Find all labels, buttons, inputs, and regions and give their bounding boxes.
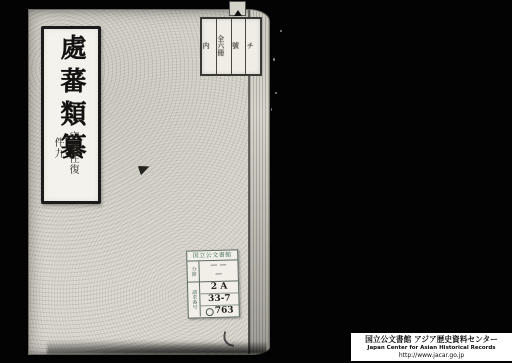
side-label-bottom: 請求番号 (188, 282, 200, 316)
title-slip: 處蕃類纂 官署往復 件九 (41, 26, 101, 204)
classification-column: 内 (202, 19, 217, 74)
book-cover-scan: 處蕃類纂 官署往復 件九 内 全六冊 號 チ 国立公文書館 分冊 請求番号 — … (28, 9, 270, 355)
classification-column: 號 (232, 19, 247, 74)
dash-line: — (200, 269, 238, 279)
stamp-circle-icon (206, 307, 214, 315)
call-number-line3-cell: 763 (201, 305, 239, 317)
title-subtitle-right: 官署往復 (67, 131, 77, 175)
call-number-grid: 分冊 請求番号 — — — 2 A 33-7 763 (187, 260, 238, 316)
title-subtitle-left: 件九 (52, 137, 62, 159)
jacar-url: http://www.jacar.go.jp (351, 352, 512, 360)
call-number-values: — — — 2 A 33-7 763 (199, 260, 238, 316)
classification-column: チ (246, 19, 260, 74)
blank-dashes-cell: — — — (199, 260, 238, 282)
classification-column: 全六冊 (217, 19, 232, 74)
protruding-tab (229, 1, 246, 16)
ink-arrow-mark (138, 163, 152, 176)
scan-speck (273, 58, 275, 61)
call-number-label: 国立公文書館 分冊 請求番号 — — — 2 A 33-7 763 (186, 249, 240, 318)
scanned-page: 處蕃類纂 官署往復 件九 内 全六冊 號 チ 国立公文書館 分冊 請求番号 — … (0, 0, 512, 363)
jacar-title-japanese: 国立公文書館 アジア歴史資料センター (354, 334, 509, 345)
jacar-title-english: Japan Center for Asian Historical Record… (351, 345, 512, 352)
scan-speck (271, 108, 272, 111)
tab-ink-mark (234, 10, 242, 16)
side-label-top: 分冊 (187, 261, 199, 282)
scan-speck (275, 92, 277, 94)
classification-label: 内 全六冊 號 チ (200, 17, 262, 76)
call-number-line1: 2 A (200, 281, 238, 294)
scan-speck (280, 30, 282, 32)
call-number-line3: 763 (215, 305, 234, 316)
jacar-watermark-badge: 国立公文書館 アジア歴史資料センター Japan Center for Asia… (351, 333, 512, 361)
call-number-line2: 33-7 (200, 293, 238, 306)
